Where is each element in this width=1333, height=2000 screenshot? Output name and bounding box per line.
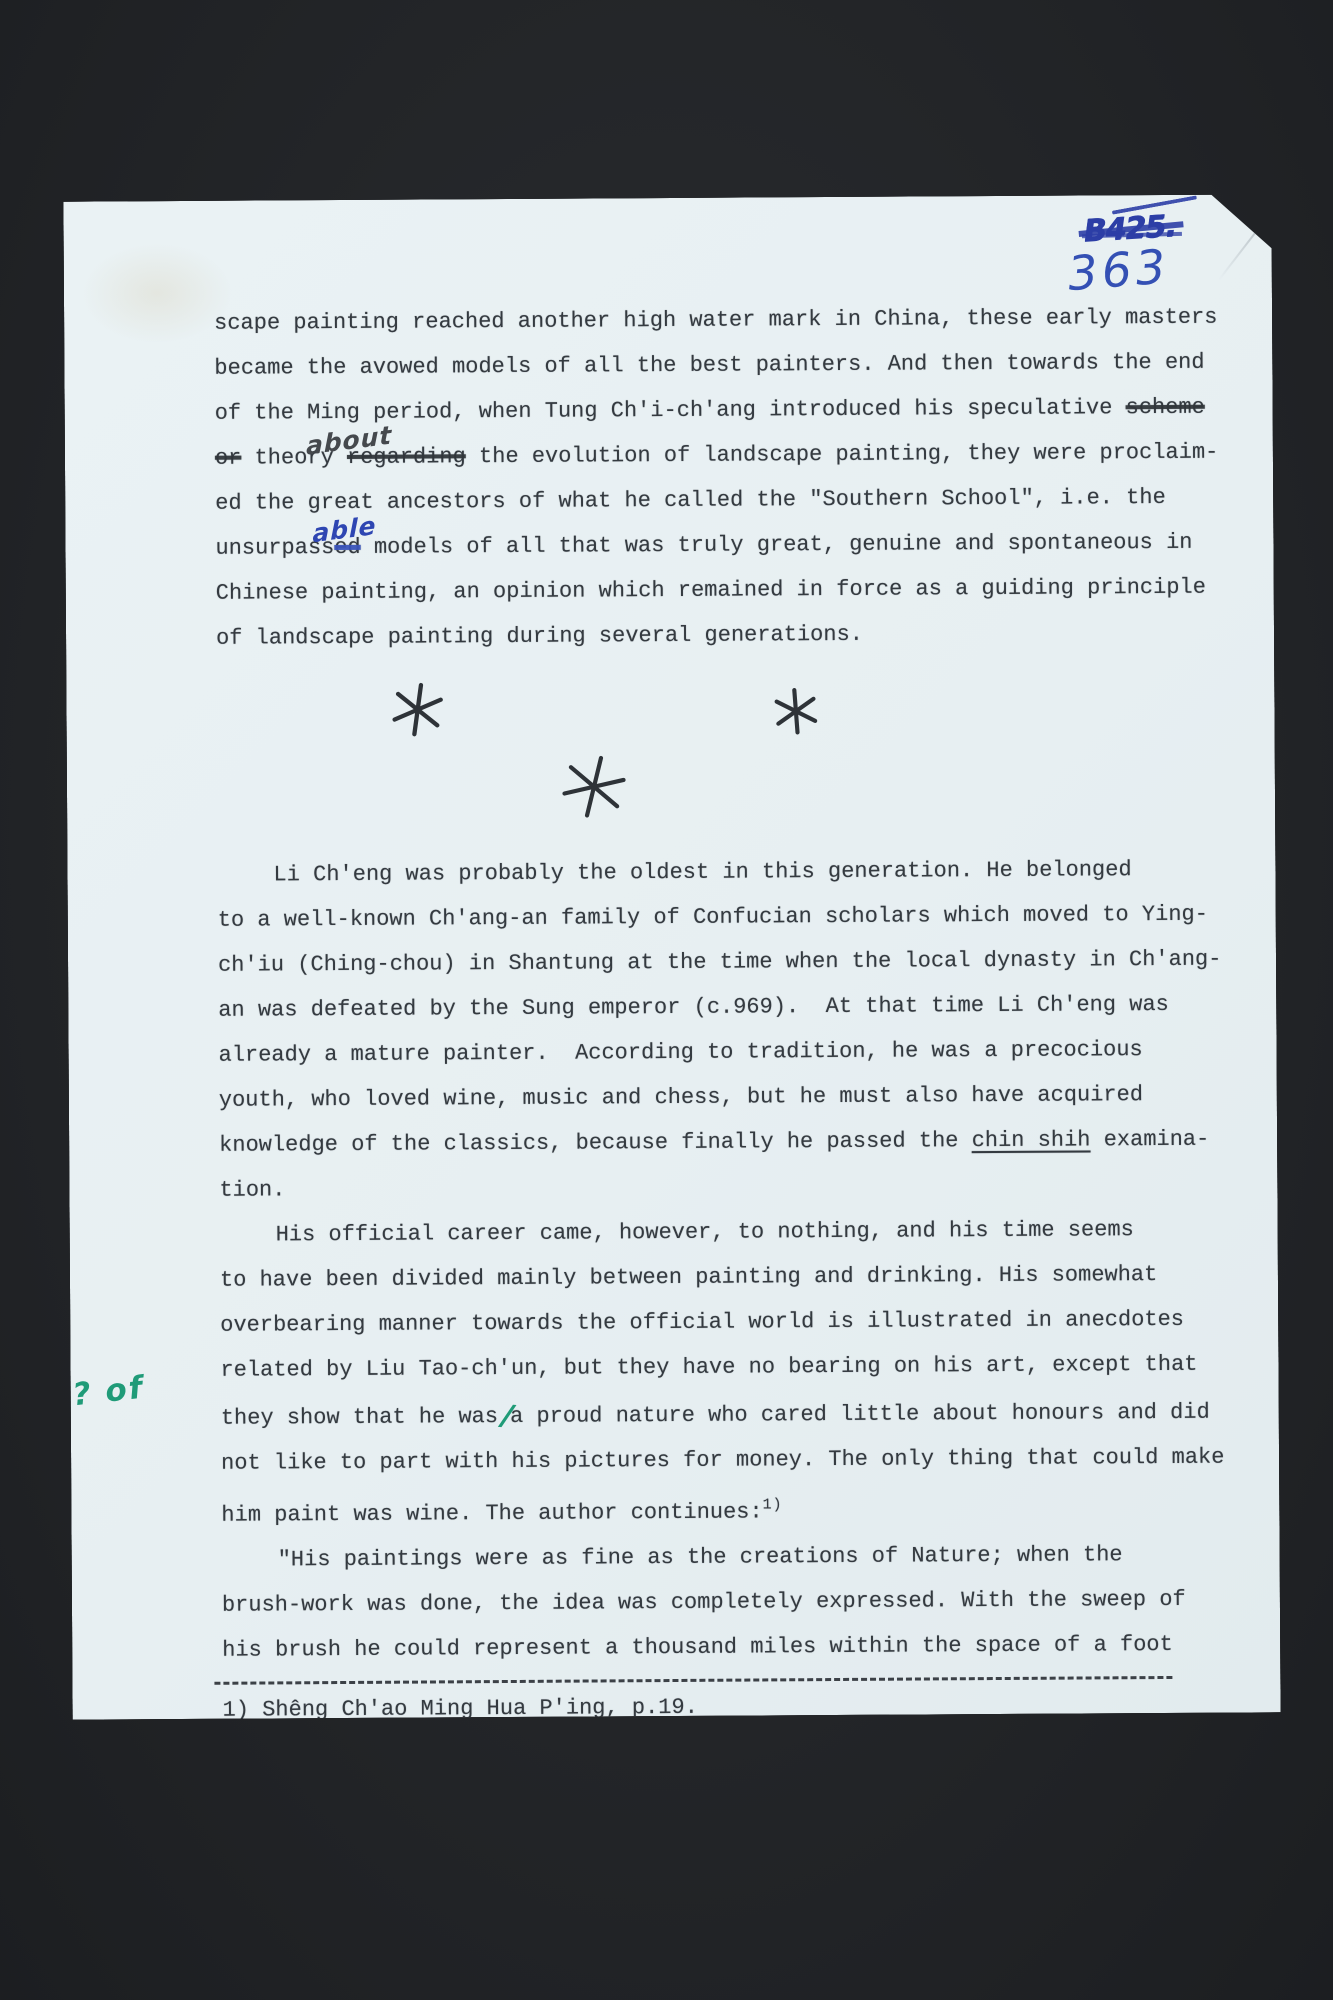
typed-line: scape painting reached another high wate… — [214, 294, 1244, 345]
typed-line: brush-work was done, the idea was comple… — [222, 1576, 1252, 1627]
typed-line: already a mature painter. According to t… — [218, 1026, 1248, 1077]
underlined-term-chin-shih: chin shih — [972, 1127, 1091, 1153]
margin-note-green: ? of — [71, 1370, 146, 1414]
typed-line: became the avowed models of all the best… — [214, 339, 1244, 390]
footnote-line: 1) Shêng Ch'ao Ming Hua P'ing, p.19. — [222, 1681, 1252, 1732]
footnote-reference: 1) — [763, 1496, 783, 1513]
manuscript-page: B425. 363 ? of scape painting reached an… — [63, 194, 1280, 1719]
footnote-title: Shêng Ch'ao Ming Hua P'ing — [262, 1695, 605, 1722]
paper-stain — [82, 243, 233, 344]
typed-line: Li Ch'eng was probably the oldest in thi… — [217, 846, 1247, 897]
typed-line: not like to part with his pictures for m… — [221, 1434, 1251, 1485]
typed-line: Chinese painting, an opinion which remai… — [216, 564, 1246, 615]
typed-line: knowledge of the classics, because final… — [219, 1116, 1249, 1167]
insertion-caret: / — [495, 1396, 511, 1442]
paragraph-1: scape painting reached another high wate… — [214, 294, 1246, 660]
asterisk-icon — [548, 747, 635, 842]
typed-line: "His paintings were as fine as the creat… — [222, 1531, 1252, 1582]
typed-line: ch'iu (Ching-chou) in Shantung at the ti… — [218, 936, 1248, 987]
typed-line: overbearing manner towards the official … — [220, 1296, 1250, 1347]
asterisk-icon — [384, 678, 449, 758]
paragraph-2: Li Ch'eng was probably the oldest in thi… — [217, 846, 1249, 1212]
asterisk-icon — [770, 686, 823, 754]
typed-line: His official career came, however, to no… — [220, 1206, 1250, 1257]
page-number: 363 — [1066, 239, 1172, 302]
paragraph-3: His official career came, however, to no… — [220, 1206, 1252, 1537]
struck-word-scheme: scheme — [1126, 395, 1205, 420]
typed-line: tion. — [219, 1161, 1249, 1212]
typed-line: youth, who loved wine, music and chess, … — [219, 1071, 1249, 1122]
section-break — [216, 654, 1247, 852]
screenshot-root: { "page": { "number": "363", "crossed_nu… — [0, 0, 1333, 2000]
typed-line: or theory regardingabout the evolution o… — [215, 429, 1245, 480]
typed-line: of landscape painting during several gen… — [216, 609, 1246, 660]
typed-line: him paint was wine. The author continues… — [221, 1479, 1251, 1537]
typed-line: they show that he was/a proud nature who… — [221, 1386, 1251, 1440]
typed-line: related by Liu Tao-ch'un, but they have … — [220, 1341, 1250, 1392]
typed-line: to a well-known Ch'ang-an family of Conf… — [218, 891, 1248, 942]
typed-line: to have been divided mainly between pain… — [220, 1251, 1250, 1302]
typed-line: his brush he could represent a thousand … — [222, 1621, 1252, 1672]
typed-text-column: scape painting reached another high wate… — [214, 294, 1253, 1732]
typed-line: an was defeated by the Sung emperor (c.9… — [218, 981, 1248, 1032]
paragraph-4: "His paintings were as fine as the creat… — [222, 1531, 1253, 1672]
struck-word-or: or — [215, 446, 242, 471]
typed-line: unsurpassedable models of all that was t… — [215, 519, 1245, 570]
